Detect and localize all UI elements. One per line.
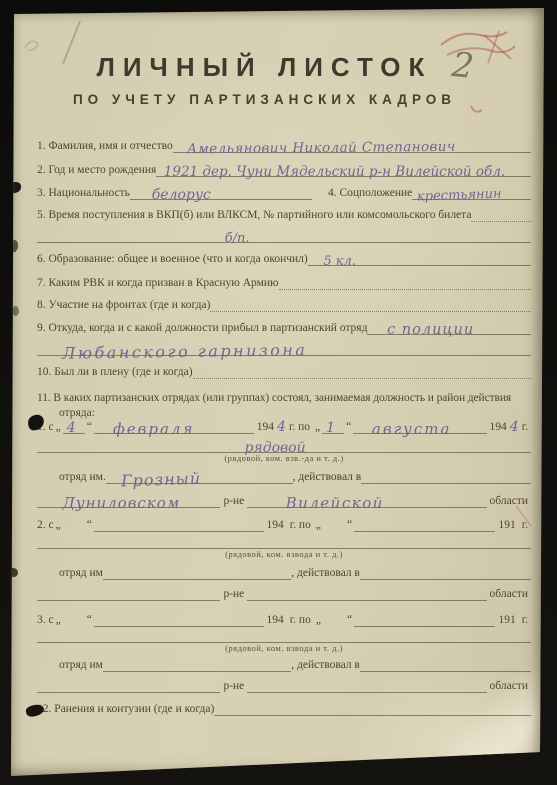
handwritten-year-digit: 4 [277, 421, 286, 434]
open-quote: „ [56, 519, 61, 532]
handwritten-education: 5 кл. [323, 255, 356, 268]
field-nationality-socposition: 3. Национальность белорус 4. Соцположени… [37, 184, 531, 200]
ink-blot [9, 568, 18, 577]
field-arrival-line2: Любанского гарнизона [37, 340, 531, 356]
close-quote: “ [87, 421, 92, 434]
open-quote: „ [56, 421, 61, 434]
acted-label: , действовал в [291, 659, 360, 672]
photo-background: ЛИЧНЫЙ ЛИСТОК ПО УЧЕТУ ПАРТИЗАНСКИХ КАДР… [0, 0, 557, 785]
printed-g-po: г. по [289, 421, 310, 434]
open-quote: „ [316, 519, 321, 532]
oblast-label: области [490, 495, 528, 508]
entry-2-district: р-не области [37, 585, 531, 601]
entry-number: 1. с [37, 421, 54, 434]
entry-number: 2. с [37, 519, 54, 532]
rne-label: р-не [223, 680, 244, 693]
field-arrival: 9. Откуда, когда и с какой должности при… [37, 319, 531, 335]
entry-2-dates: 2. с „ “ 194 г. по „ “ 191 г. [37, 514, 531, 532]
open-quote: „ [56, 614, 61, 627]
close-quote: “ [87, 519, 92, 532]
field-label: 10. Был ли в плену (где и когда) [37, 366, 193, 379]
entry-1-position: рядовой (рядовой, ком. взв.-да и т. д.) [37, 437, 531, 453]
otryad-label: отряд им. [59, 471, 106, 484]
position-caption: (рядовой, ком. взв.-да и т. д.) [37, 452, 531, 465]
handwritten-day-to: 1 [326, 422, 335, 435]
printed-g: г. [522, 614, 528, 627]
entry-1-otryad: отряд им. Грозный , действовал в [59, 468, 531, 484]
entry-3-position: (рядовой, ком. взвода и т. д.) [37, 627, 531, 643]
handwritten-nationality: белорус [152, 189, 211, 202]
close-quote: “ [87, 614, 92, 627]
printed-year: 194 [267, 614, 284, 627]
entry-number: 3. с [37, 614, 54, 627]
acted-label: , действовал в [291, 567, 360, 580]
position-caption: (рядовой, ком. взвода и т. д.) [37, 642, 531, 655]
handwritten-month-from: февраля [113, 423, 194, 436]
oblast-label: области [490, 588, 528, 601]
otryad-label: отряд им [59, 567, 103, 580]
field-label: 6. Образование: общее и военное (что и к… [37, 253, 308, 266]
red-scribble-mark [441, 32, 507, 45]
entry-1-district: Дуниловском р-не Вилейской области [37, 492, 531, 508]
close-quote: “ [346, 421, 351, 434]
open-quote: „ [315, 421, 320, 434]
handwritten-name: Амельянович Николай Степанович [187, 141, 456, 156]
field-detachments-heading: 11. В каких партизанских отрядах (или гр… [37, 389, 531, 405]
printed-year: 194 [490, 421, 507, 434]
entry-3-otryad: отряд им , действовал в [59, 656, 531, 672]
printed-year: 191 [498, 614, 515, 627]
scanned-document: ЛИЧНЫЙ ЛИСТОК ПО УЧЕТУ ПАРТИЗАНСКИХ КАДР… [11, 8, 544, 776]
pencil-mark [25, 41, 38, 50]
otryad-label: отряд им [59, 659, 103, 672]
field-label: 7. Каким РВК и когда призван в Красную А… [37, 277, 279, 290]
ink-blot [8, 182, 21, 193]
field-label: 12. Ранения и контузии (где и когда) [37, 703, 214, 716]
printed-g-po: г. по [290, 519, 311, 532]
field-party-membership-line2: б/п. [37, 227, 531, 243]
field-wounds: 12. Ранения и контузии (где и когда) [37, 700, 531, 716]
printed-g: г. [522, 519, 528, 532]
handwritten-oblast: Вилейской [286, 497, 384, 510]
handwritten-year-digit: 4 [510, 421, 519, 434]
handwritten-day-from: 4 [67, 422, 76, 435]
printed-year: 194 [257, 421, 274, 434]
field-label: 9. Откуда, когда и с какой должности при… [37, 322, 367, 335]
field-rvk: 7. Каким РВК и когда призван в Красную А… [37, 274, 531, 290]
printed-year: 194 [267, 519, 284, 532]
entry-3-district: р-не области [37, 677, 531, 693]
rne-label: р-не [223, 495, 244, 508]
field-label: 2. Год и место рождения [37, 164, 156, 177]
printed-year: 191 [498, 519, 515, 532]
field-label: 1. Фамилия, имя и отчество [37, 140, 173, 153]
field-surname: 1. Фамилия, имя и отчество Амельянович Н… [37, 137, 531, 153]
ink-blot [9, 239, 20, 253]
close-quote: “ [347, 519, 352, 532]
handwritten-arrival: с полиции [387, 324, 474, 337]
field-label: 4. Соцположение [328, 187, 412, 200]
handwritten-birth: 1921 дер. Чуни Мядельский р-н Вилейской … [164, 166, 505, 179]
handwritten-district: Дуниловском [63, 497, 181, 510]
printed-g: г. [522, 421, 528, 434]
entry-1-dates: 1. с „ 4 “ февраля 194 4 г. по „ 1 “ авг… [37, 416, 531, 434]
handwritten-page-number: 2 [450, 45, 476, 87]
field-label: 3. Национальность [37, 187, 130, 200]
handwritten-party: б/п. [225, 232, 250, 245]
field-captivity: 10. Был ли в плену (где и когда) [37, 363, 531, 379]
printed-g-po: г. по [290, 614, 311, 627]
open-quote: „ [316, 614, 321, 627]
field-label: 8. Участие на фронтах (где и когда) [37, 299, 210, 312]
page-title: ЛИЧНЫЙ ЛИСТОК [11, 52, 518, 83]
handwritten-otryad-name: Грозный [121, 472, 201, 488]
rne-label: р-не [223, 588, 244, 601]
page-subtitle: ПО УЧЕТУ ПАРТИЗАНСКИХ КАДРОВ [11, 92, 518, 107]
acted-label: , действовал в [293, 471, 362, 484]
handwritten-arrival-2: Любанского гарнизона [62, 343, 308, 359]
oblast-label: области [490, 680, 528, 693]
position-caption: (рядовой, ком. взвода и т. д.) [37, 548, 531, 561]
handwritten-month-to: августа [372, 423, 452, 436]
handwritten-socposition: крестьянин [417, 188, 502, 204]
field-label: 5. Время поступления в ВКП(б) или ВЛКСМ,… [37, 209, 471, 222]
field-party-membership: 5. Время поступления в ВКП(б) или ВЛКСМ,… [37, 206, 531, 222]
entry-3-dates: 3. с „ “ 194 г. по „ “ 191 г. [37, 609, 531, 627]
ink-blot [12, 306, 19, 316]
close-quote: “ [347, 614, 352, 627]
entry-2-otryad: отряд им , действовал в [59, 564, 531, 580]
entry-2-position: (рядовой, ком. взвода и т. д.) [37, 533, 531, 549]
field-birth: 2. Год и место рождения 1921 дер. Чуни М… [37, 161, 531, 177]
field-fronts: 8. Участие на фронтах (где и когда) [37, 296, 531, 312]
field-education: 6. Образование: общее и военное (что и к… [37, 250, 531, 266]
